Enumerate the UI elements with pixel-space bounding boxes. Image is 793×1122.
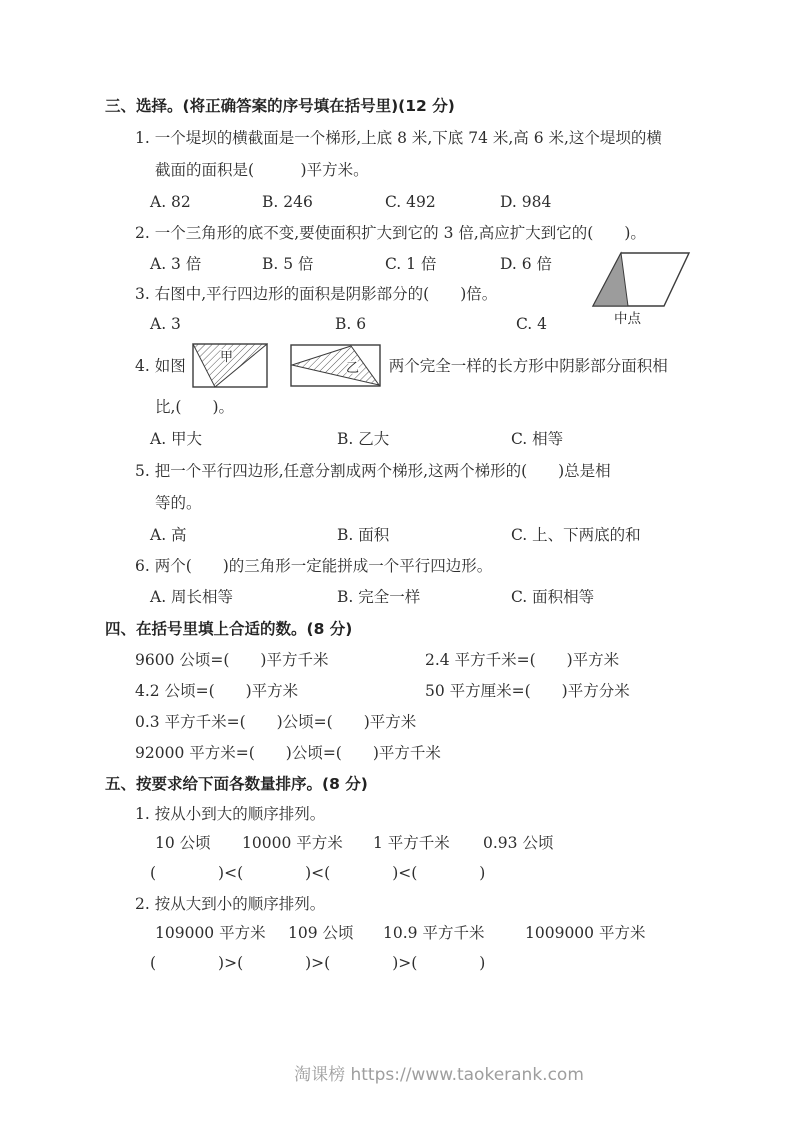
footer-watermark: 淘课榜 https://www.taokerank.com [0,1062,793,1088]
section-title-ordering: 五、按要求给下面各数量排序。(8 分) [105,769,793,800]
q3-option-a: A. 3 [150,309,335,339]
q4-option-a: A. 甲大 [150,423,337,455]
q1-option-a: A. 82 [150,186,262,218]
ordering-2-item: 1009000 平方米 [525,919,645,948]
ordering-2-item: 109000 平方米 [155,919,288,948]
conversion-row-1: 9600 公顷=( )平方千米 2.4 平方千米=( )平方米 [135,645,793,676]
conversion-row-3: 0.3 平方千米=( )公顷=( )平方米 [135,707,793,738]
q1-option-d: D. 984 [500,186,551,218]
conversion-1-right: 2.4 平方千米=( )平方米 [425,645,619,676]
q2-text: 2. 一个三角形的底不变,要使面积扩大到它的 3 倍,高应扩大到它的( )。 [135,218,793,249]
q1-text-line2: 截面的面积是( )平方米。 [155,154,793,186]
q6-option-a: A. 周长相等 [150,581,337,613]
q2-option-d: D. 6 倍 [500,249,552,279]
ordering-1-item: 10 公顷 [155,829,242,858]
figure-label-jia: 甲 [220,350,233,365]
test-paper-page: 三、选择。(将正确答案的序号填在括号里)(12 分) 1. 一个堤坝的横截面是一… [0,0,793,1122]
conversion-row-2: 4.2 公顷=( )平方米 50 平方厘米=( )平方分米 [135,676,793,707]
paper-content: 三、选择。(将正确答案的序号填在括号里)(12 分) 1. 一个堤坝的横截面是一… [0,0,793,978]
q6-text: 6. 两个( )的三角形一定能拼成一个平行四边形。 [135,551,793,581]
q2-option-a: A. 3 倍 [150,249,262,279]
q1-option-c: C. 492 [385,186,500,218]
q5-option-b: B. 面积 [337,519,511,551]
q3-option-b: B. 6 [335,309,516,339]
q4-options-row: A. 甲大 B. 乙大 C. 相等 [150,423,793,455]
ordering-2-item: 10.9 平方千米 [383,919,525,948]
ordering-2-items: 109000 平方米 109 公顷 10.9 平方千米 1009000 平方米 [155,919,793,948]
ordering-1-item: 1 平方千米 [373,829,483,858]
section-title-fill-numbers: 四、在括号里填上合适的数。(8 分) [105,613,793,645]
parallelogram-figure: 中点 [588,248,700,330]
q1-text-line1: 1. 一个堤坝的横截面是一个梯形,上底 8 米,下底 74 米,高 6 米,这个… [135,122,793,154]
section-title-choice: 三、选择。(将正确答案的序号填在括号里)(12 分) [105,90,793,122]
q4-text-line2: 比,( )。 [155,391,793,423]
q4-option-c: C. 相等 [511,423,563,455]
figure-label-midpoint: 中点 [614,310,642,327]
q1-option-b: B. 246 [262,186,385,218]
q3-option-c: C. 4 [516,309,547,339]
ordering-1-item: 0.93 公顷 [483,829,553,858]
ordering-2-title: 2. 按从大到小的顺序排列。 [135,889,793,919]
q4-text-prefix: 4. 如图 [135,354,186,376]
q4-option-b: B. 乙大 [337,423,511,455]
q1-options-row: A. 82 B. 246 C. 492 D. 984 [150,186,793,218]
rectangle-figure-yi: 乙 [290,344,381,387]
q4-text-suffix: 两个完全一样的长方形中阴影部分面积相 [389,354,668,376]
ordering-1-item: 10000 平方米 [242,829,373,858]
ordering-1-title: 1. 按从小到大的顺序排列。 [135,800,793,829]
q6-option-c: C. 面积相等 [511,581,594,613]
q4-figure-row: 4. 如图 甲 乙 [135,339,793,391]
q5-text-line2: 等的。 [155,487,793,519]
conversion-row-4: 92000 平方米=( )公顷=( )平方千米 [135,738,793,769]
q5-option-c: C. 上、下两底的和 [511,519,641,551]
q6-options-row: A. 周长相等 B. 完全一样 C. 面积相等 [150,581,793,613]
q5-text-line1: 5. 把一个平行四边形,任意分割成两个梯形,这两个梯形的( )总是相 [135,455,793,487]
ordering-2-item: 109 公顷 [288,919,383,948]
rectangle-figure-jia: 甲 [192,343,268,388]
q2-option-b: B. 5 倍 [262,249,385,279]
figure-label-yi: 乙 [346,361,359,376]
q2-option-c: C. 1 倍 [385,249,500,279]
ordering-1-items: 10 公顷 10000 平方米 1 平方千米 0.93 公顷 [155,829,793,858]
conversion-2-left: 4.2 公顷=( )平方米 [135,676,425,707]
q5-options-row: A. 高 B. 面积 C. 上、下两底的和 [150,519,793,551]
ordering-2-answer-blanks: ( )>( )>( )>( ) [150,948,793,978]
conversion-1-left: 9600 公顷=( )平方千米 [135,645,425,676]
conversion-2-right: 50 平方厘米=( )平方分米 [425,676,630,707]
ordering-1-answer-blanks: ( )<( )<( )<( ) [150,858,793,889]
q5-option-a: A. 高 [150,519,337,551]
q6-option-b: B. 完全一样 [337,581,511,613]
